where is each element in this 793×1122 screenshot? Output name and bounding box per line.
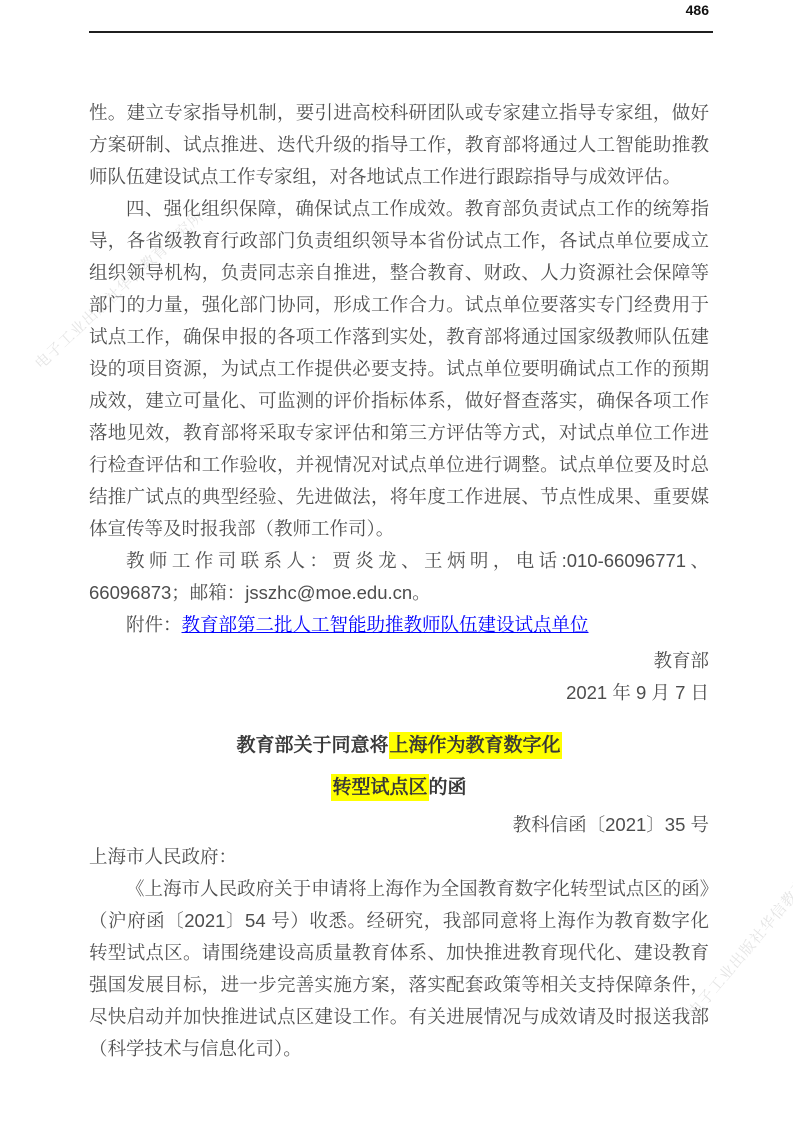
attachment-line: 附件：教育部第二批人工智能助推教师队伍建设试点单位 [89, 609, 709, 641]
sign-date: 2021 年 9 月 7 日 [89, 677, 709, 709]
document-page: 电子工业出版社华信教育研究所 电子工业出版社华信教育研究所 486 性。建立专家… [0, 0, 793, 1122]
salutation: 上海市人民政府： [89, 841, 709, 873]
title-highlight-2: 转型试点区 [331, 774, 428, 801]
title-plain-1: 教育部关于同意将 [236, 735, 388, 756]
attachment-link[interactable]: 教育部第二批人工智能助推教师队伍建设试点单位 [182, 614, 589, 635]
paragraph-body: 《上海市人民政府关于申请将上海作为全国教育数字化转型试点区的函》（沪府函〔202… [89, 873, 709, 1065]
page-content: 性。建立专家指导机制，要引进高校科研团队或专家建立指导专家组，做好方案研制、试点… [89, 97, 709, 1065]
document-number: 教科信函〔2021〕35 号 [89, 809, 709, 841]
header-rule [89, 31, 713, 33]
paragraph-continuation: 性。建立专家指导机制，要引进高校科研团队或专家建立指导专家组，做好方案研制、试点… [89, 97, 709, 193]
signer: 教育部 [89, 645, 709, 677]
document-title: 教育部关于同意将上海作为教育数字化转型试点区的函 [89, 725, 709, 809]
paragraph-contact: 教师工作司联系人：贾炎龙、王炳明，电话:010-66096771、6609687… [89, 545, 709, 609]
title-plain-2: 的函 [429, 777, 467, 798]
page-number: 486 [89, 2, 709, 18]
attachment-label: 附件： [126, 614, 182, 635]
paragraph-four: 四、强化组织保障，确保试点工作成效。教育部负责试点工作的统筹指导，各省级教育行政… [89, 193, 709, 545]
title-highlight-1: 上海作为教育数字化 [389, 732, 562, 759]
